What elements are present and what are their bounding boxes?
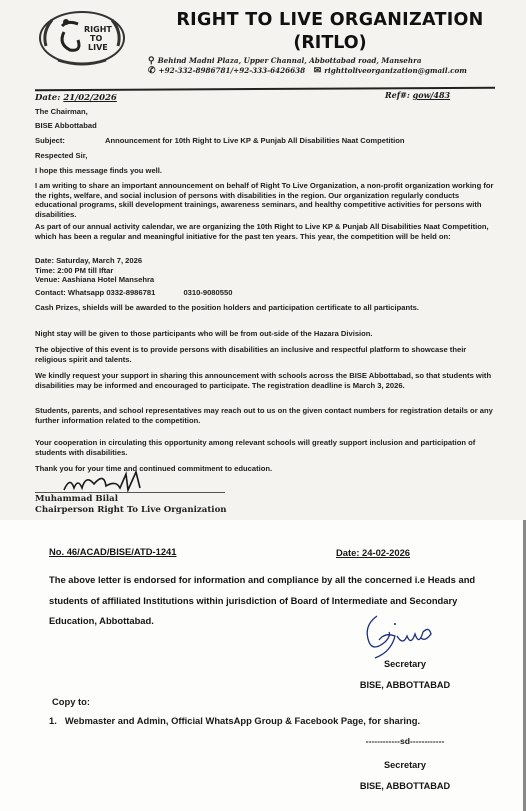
email-icon: ✉ bbox=[314, 66, 322, 76]
signer-block: Muhammad Bilal Chairperson Right To Live… bbox=[35, 494, 227, 515]
paragraph: I am writing to share an important annou… bbox=[35, 181, 495, 219]
endorsement-number: No. 46/ACAD/BISE/ATD-1241 bbox=[49, 546, 479, 557]
paragraph: Students, parents, and school representa… bbox=[35, 406, 495, 425]
copy-to-item: 1.Webmaster and Admin, Official WhatsApp… bbox=[49, 715, 420, 726]
paragraph: Cash Prizes, shields will be awarded to … bbox=[35, 303, 495, 313]
chairperson-signature-icon bbox=[60, 470, 180, 494]
letter-date: Date: 21/02/2026 bbox=[35, 93, 117, 103]
signer-title: Chairperson Right To Live Organization bbox=[35, 505, 227, 516]
signatory-title: Secretary bbox=[330, 659, 480, 669]
paragraph: As part of our annual activity calendar,… bbox=[35, 222, 495, 241]
scanned-letter: RIGHT TO LIVE RIGHT TO LIVE ORGANIZATION… bbox=[0, 0, 526, 520]
paragraph: The objective of this event is to provid… bbox=[35, 345, 495, 364]
secretary-signature-icon bbox=[355, 612, 440, 662]
letter-subject: Subject:Announcement for 10th Right to L… bbox=[35, 136, 495, 146]
phone-icon: ✆ bbox=[148, 66, 156, 76]
footer-office: BISE, ABBOTTABAD bbox=[330, 781, 480, 791]
signed-mark: ------------sd------------ bbox=[330, 736, 480, 746]
org-name: RIGHT TO LIVE ORGANIZATION bbox=[140, 10, 520, 30]
paragraph: Night stay will be given to those partic… bbox=[35, 329, 495, 339]
footer-title: Secretary bbox=[330, 760, 480, 770]
org-email: righttoliveorganization@gmail.com bbox=[324, 66, 467, 75]
org-phones: +92-332-8986781/+92-333-6426638 bbox=[159, 66, 306, 75]
event-contact: Contact: Whatsapp 0332-8986781 0310-9080… bbox=[35, 288, 495, 298]
letter-reference: Ref#: gow/483 bbox=[385, 90, 450, 100]
svg-text:TO: TO bbox=[90, 34, 102, 43]
copy-to-label: Copy to: bbox=[52, 696, 90, 707]
signer-name: Muhammad Bilal bbox=[35, 494, 227, 505]
event-date: Date: Saturday, March 7, 2026 bbox=[35, 256, 495, 266]
salutation: Respected Sir, bbox=[35, 151, 495, 161]
paragraph: I hope this message finds you well. bbox=[35, 166, 495, 176]
paragraph: We kindly request your support in sharin… bbox=[35, 371, 495, 390]
contact-number-2: 0310-9080550 bbox=[183, 288, 232, 297]
org-contact: ✆+92-332-8986781/+92-333-6426638 ✉rightt… bbox=[148, 66, 467, 76]
svg-text:LIVE: LIVE bbox=[88, 43, 108, 52]
recipient-line-2: BISE Abbottabad bbox=[35, 121, 495, 131]
event-venue: Venue: Aashiana Hotel Mansehra bbox=[35, 275, 495, 285]
event-details: Date: Saturday, March 7, 2026 Time: 2:00… bbox=[35, 256, 495, 285]
org-abbreviation: (RITLO) bbox=[140, 33, 520, 53]
org-address: ⚲Behind Madni Plaza, Upper Channal, Abbo… bbox=[148, 56, 422, 66]
endorsement-date: Date: 24-02-2026 bbox=[336, 547, 410, 558]
paragraph: Your cooperation in circulating this opp… bbox=[35, 438, 495, 457]
ritlo-logo-icon: RIGHT TO LIVE bbox=[38, 10, 126, 66]
svg-text:RIGHT: RIGHT bbox=[84, 25, 112, 34]
contact-number-1: 0332-8986781 bbox=[106, 288, 155, 297]
event-time: Time: 2:00 PM till Iftar bbox=[35, 266, 495, 276]
recipient-line-1: The Chairman, bbox=[35, 107, 495, 117]
signature-line bbox=[35, 492, 225, 493]
signatory-office: BISE, ABBOTTABAD bbox=[330, 680, 480, 690]
location-pin-icon: ⚲ bbox=[148, 56, 155, 66]
